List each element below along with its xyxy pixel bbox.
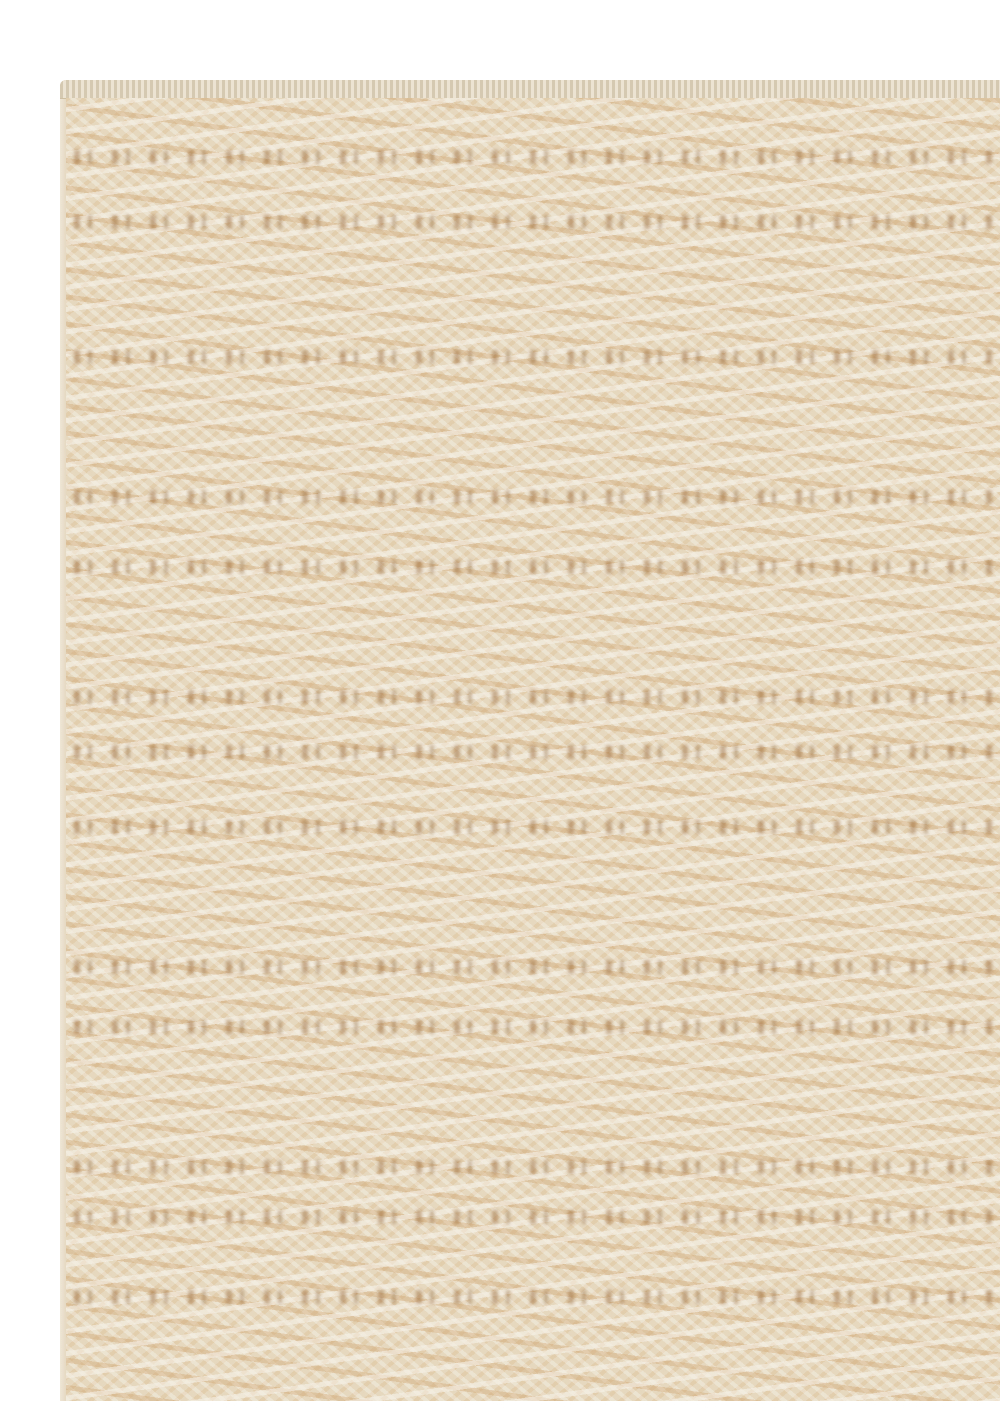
rug-top-binding [60, 80, 1000, 99]
rug-fleck-stripe [66, 1160, 1000, 1174]
rug-fleck-stripe [66, 215, 1000, 229]
rug-fleck-stripe [66, 1290, 1000, 1304]
rug-fleck-stripe [66, 1020, 1000, 1034]
rug-fleck-stripe [66, 820, 1000, 834]
rug-fleck-stripe [66, 745, 1000, 759]
rug-fleck-stripe [66, 560, 1000, 574]
rug-product-image [60, 80, 1000, 1401]
rug-fleck-stripe [66, 1210, 1000, 1224]
rug-fleck-stripe [66, 350, 1000, 364]
rug-fleck-stripe [66, 150, 1000, 164]
rug-fleck-stripe [66, 960, 1000, 974]
rug-fleck-stripe [66, 490, 1000, 504]
rug-fleck-stripe [66, 690, 1000, 704]
